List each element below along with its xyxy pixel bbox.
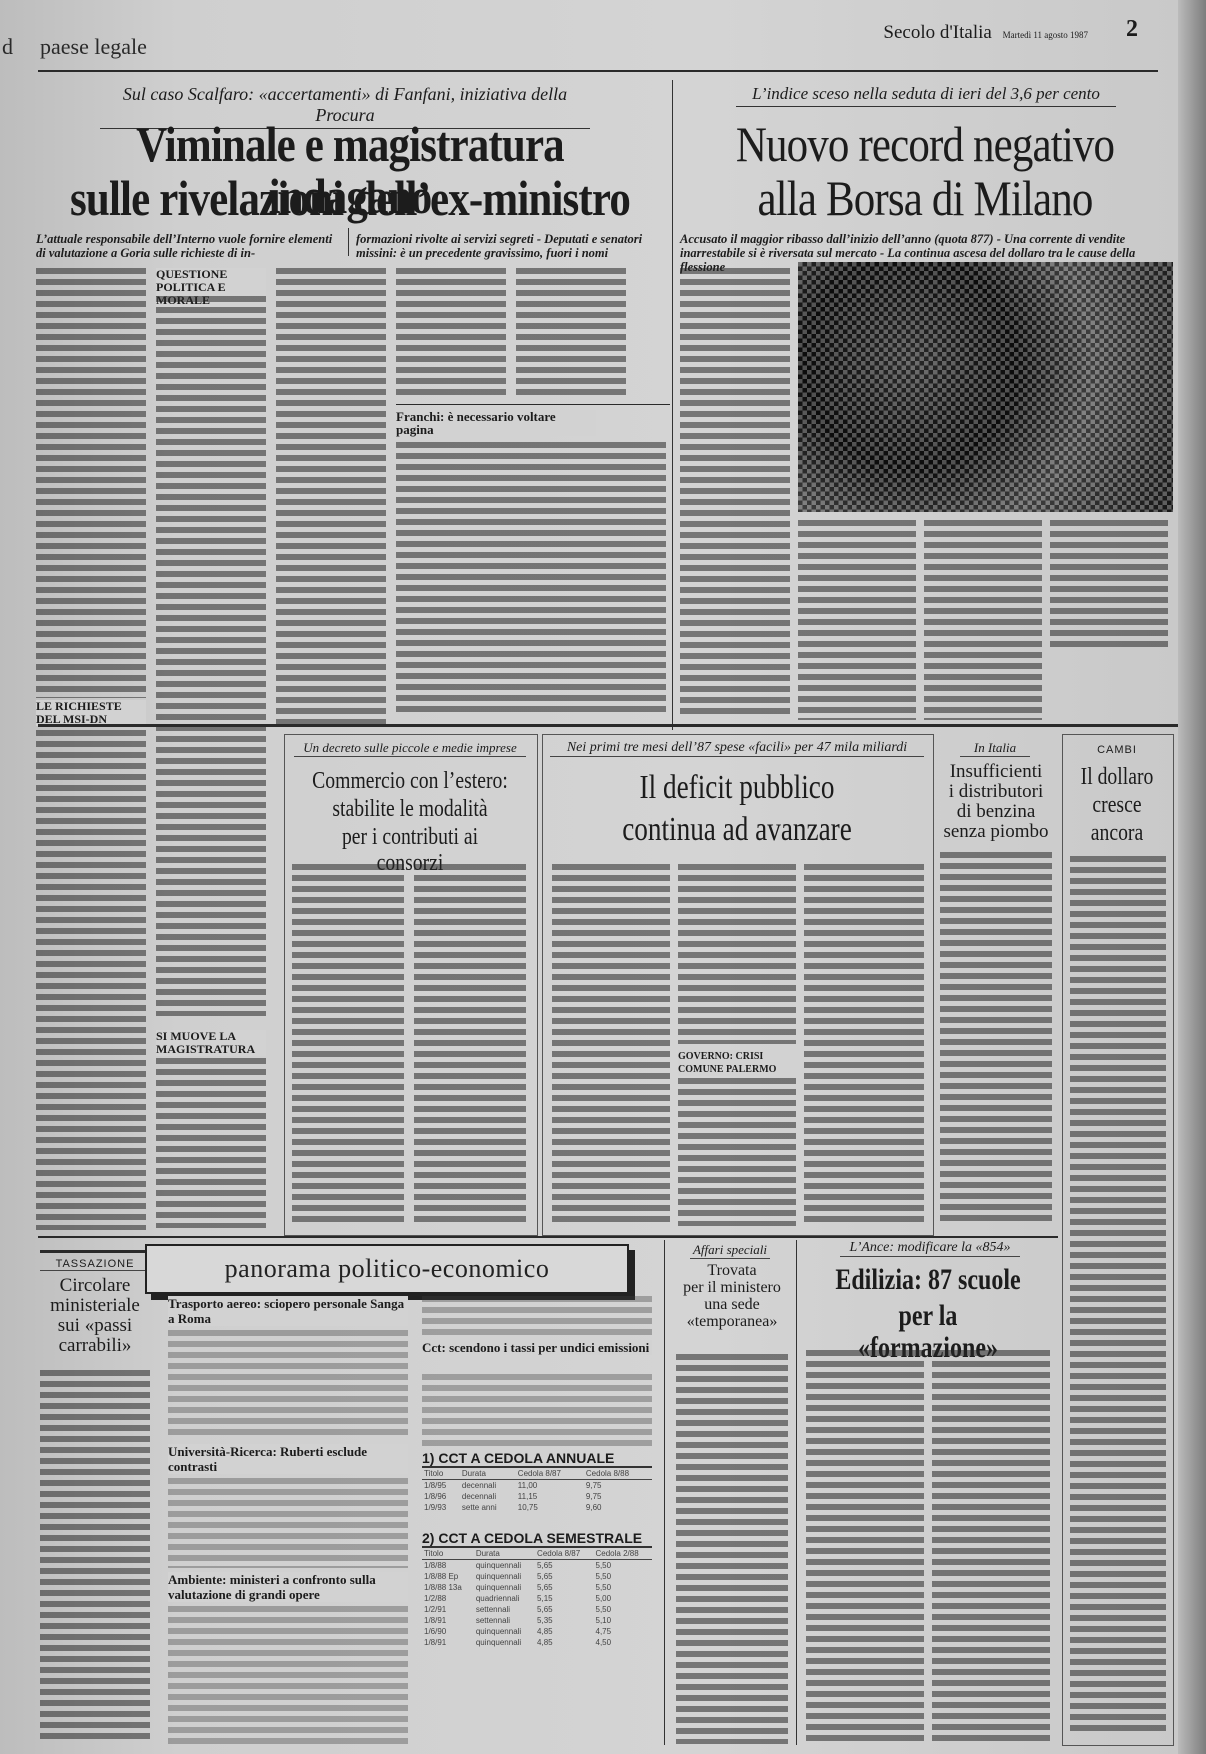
- panorama-item-title: Ambiente: ministeri a confronto sulla va…: [168, 1572, 408, 1602]
- table-row: 1/8/88 Epquinquennali5,655,50: [422, 1571, 652, 1582]
- table-cell: 5,00: [594, 1593, 653, 1604]
- table-cell: 5,50: [594, 1560, 653, 1572]
- viminale-body-col-3: [276, 268, 386, 728]
- benzina-headline-2: i distributori: [936, 782, 1056, 802]
- table-cell: 5,65: [535, 1604, 593, 1615]
- panorama-col2-body: [422, 1374, 652, 1446]
- borsa-headline-1: Nuovo record negativo: [714, 118, 1135, 170]
- table-cell: 4,85: [535, 1637, 593, 1648]
- commercio-headline-1: Commercio con l’estero:: [310, 768, 510, 794]
- tassazione-body: [40, 1370, 150, 1740]
- table-cell: quinquennali: [474, 1560, 535, 1572]
- table-cell: 5,15: [535, 1593, 593, 1604]
- cambi-headline-3: ancora: [1074, 820, 1161, 846]
- cct-annuale-table: 1) CCT A CEDOLA ANNUALE Titolo Durata Ce…: [422, 1450, 652, 1513]
- table-cell: 5,10: [594, 1615, 653, 1626]
- deficit-headline-1: Il deficit pubblico: [584, 770, 890, 806]
- viminale-subhead-msi: LE RICHIESTE DEL MSI-DN: [36, 700, 146, 726]
- col-header: Titolo: [422, 1548, 474, 1560]
- affari-body: [676, 1354, 788, 1744]
- table-cell: quinquennali: [474, 1571, 535, 1582]
- panorama-item-body: [168, 1606, 408, 1746]
- masthead: Secolo d'Italia Martedì 11 agosto 1987: [883, 22, 1088, 44]
- table-row: 1/8/96decennali11,159,75: [422, 1491, 652, 1502]
- table-cell: 9,75: [584, 1491, 652, 1502]
- viminale-body-col-2: [156, 296, 266, 1016]
- table-cell: 5,65: [535, 1582, 593, 1593]
- deficit-headline-2: continua ad avanzare: [584, 812, 890, 848]
- table-cell: 5,50: [594, 1604, 653, 1615]
- table-row: 1/2/91settennali5,655,50: [422, 1604, 652, 1615]
- tassazione-headline-3: sui «passi: [40, 1316, 150, 1336]
- adjacent-page-letter: d: [2, 34, 13, 60]
- col-header: Durata: [460, 1468, 516, 1480]
- panorama-item-title: Università-Ricerca: Ruberti esclude cont…: [168, 1444, 408, 1474]
- viminale-headline-2: sulle rivelazioni dell’ex-ministro: [66, 172, 634, 224]
- panorama-item-body: [168, 1330, 408, 1440]
- affari-headline-4: «temporanea»: [672, 1313, 792, 1330]
- table-cell: 4,50: [594, 1637, 653, 1648]
- table-cell: settennali: [474, 1604, 535, 1615]
- table-cell: 1/8/88: [422, 1560, 474, 1572]
- table-cell: 5,50: [594, 1582, 653, 1593]
- issue-date: Martedì 11 agosto 1987: [1003, 30, 1088, 40]
- table-cell: sette anni: [460, 1502, 516, 1513]
- cct-annuale-title: 1) CCT A CEDOLA ANNUALE: [422, 1450, 652, 1468]
- edilizia-body-col-2: [932, 1350, 1050, 1744]
- deficit-body-col-2a: [678, 864, 796, 1044]
- newspaper-page: d paese legale Secolo d'Italia Martedì 1…: [0, 0, 1178, 1754]
- table-cell: 9,60: [584, 1502, 652, 1513]
- borsa-trading-floor-photo: [798, 262, 1173, 512]
- table-cell: 1/8/88 Ep: [422, 1571, 474, 1582]
- benzina-headline-3: di benzina: [936, 802, 1056, 822]
- viminale-subhead-magistratura: SI MUOVE LA MAGISTRATURA: [156, 1030, 266, 1056]
- table-row: 1/8/91settennali5,355,10: [422, 1615, 652, 1626]
- column-divider: [672, 80, 673, 730]
- tassazione-headline-1: Circolare: [40, 1276, 150, 1296]
- header-rule: [38, 70, 1158, 72]
- panorama-col2-body-top: [422, 1296, 652, 1336]
- cambi-body: [1070, 856, 1166, 1736]
- tassazione-headline-4: carrabili»: [40, 1336, 150, 1356]
- tassazione-headline-2: ministeriale: [40, 1296, 150, 1316]
- deficit-kicker: Nei primi tre mesi dell’87 spese «facili…: [550, 740, 924, 757]
- franchi-body: [396, 442, 666, 712]
- deficit-body-col-1: [552, 864, 670, 1226]
- column-divider: [664, 1240, 665, 1745]
- deficit-body-col-2b: [678, 1078, 796, 1226]
- table-cell: decennali: [460, 1480, 516, 1492]
- col-header: Cedola 8/87: [535, 1548, 593, 1560]
- table-cell: 1/9/93: [422, 1502, 460, 1513]
- viminale-body-col-5: [516, 268, 626, 398]
- table-cell: quadriennali: [474, 1593, 535, 1604]
- table-cell: 1/8/91: [422, 1615, 474, 1626]
- page-number: 2: [1126, 16, 1138, 43]
- deficit-subhead: GOVERNO: CRISI COMUNE PALERMO: [678, 1050, 796, 1076]
- benzina-headline-1: Insufficienti: [936, 762, 1056, 782]
- table-cell: decennali: [460, 1491, 516, 1502]
- borsa-kicker: L’indice sceso nella seduta di ieri del …: [736, 84, 1116, 107]
- benzina-kicker: In Italia: [960, 740, 1030, 757]
- table-row: 1/9/93sette anni10,759,60: [422, 1502, 652, 1513]
- table-cell: 1/8/95: [422, 1480, 460, 1492]
- col-header: Cedola 8/88: [584, 1468, 652, 1480]
- table-cell: 1/8/91: [422, 1637, 474, 1648]
- edilizia-body-col-1: [806, 1350, 924, 1744]
- commercio-body-col-2: [414, 864, 526, 1226]
- benzina-body: [940, 852, 1052, 1222]
- table-cell: 1/8/96: [422, 1491, 460, 1502]
- panorama-item-body: [168, 1478, 408, 1568]
- section-name: paese legale: [40, 34, 147, 60]
- commercio-kicker: Un decreto sulle piccole e medie imprese: [294, 740, 526, 757]
- col-header: Cedola 2/88: [594, 1548, 653, 1560]
- viminale-body-col-2b: [156, 1058, 266, 1228]
- tassazione-label: TASSAZIONE: [40, 1258, 150, 1271]
- table-row: 1/2/88quadriennali5,155,00: [422, 1593, 652, 1604]
- table-cell: 9,75: [584, 1480, 652, 1492]
- col-header: Titolo: [422, 1468, 460, 1480]
- table-cell: 11,00: [516, 1480, 584, 1492]
- table-cell: 1/2/88: [422, 1593, 474, 1604]
- table-cell: 5,65: [535, 1560, 593, 1572]
- table-cell: quinquennali: [474, 1582, 535, 1593]
- cct-semestrale-title: 2) CCT A CEDOLA SEMESTRALE: [422, 1530, 652, 1548]
- commercio-body-col-1: [292, 864, 404, 1226]
- borsa-body-col-1: [680, 268, 790, 718]
- table-row: 1/8/88 13aquinquennali5,655,50: [422, 1582, 652, 1593]
- cct-annuale-grid: Titolo Durata Cedola 8/87 Cedola 8/88 1/…: [422, 1468, 652, 1513]
- col-header: Cedola 8/87: [516, 1468, 584, 1480]
- borsa-body-col-2: [798, 520, 916, 720]
- panorama-item-title: Trasporto aereo: sciopero personale Sang…: [168, 1296, 408, 1326]
- lower-section-rule: [38, 1236, 1058, 1238]
- table-cell: 10,75: [516, 1502, 584, 1513]
- table-cell: 11,15: [516, 1491, 584, 1502]
- newspaper-name: Secolo d'Italia: [883, 22, 991, 43]
- viminale-deck-right: formazioni rivolte ai servizi segreti - …: [356, 232, 666, 260]
- table-row: 1/6/90quinquennali4,854,75: [422, 1626, 652, 1637]
- table-cell: 5,35: [535, 1615, 593, 1626]
- cct-semestrale-table: 2) CCT A CEDOLA SEMESTRALE Titolo Durata…: [422, 1530, 652, 1648]
- edilizia-headline-1: Edilizia: 87 scuole: [826, 1264, 1031, 1296]
- panorama-item-title: Cct: scendono i tassi per undici emissio…: [422, 1340, 652, 1355]
- affari-headline-2: per il ministero: [672, 1279, 792, 1296]
- borsa-headline-2: alla Borsa di Milano: [714, 172, 1135, 224]
- table-row: 1/8/88quinquennali5,655,50: [422, 1560, 652, 1572]
- commercio-headline-2: stabilite le modalità: [310, 796, 510, 822]
- borsa-body-col-4: [1050, 520, 1168, 650]
- cambi-headline-2: cresce: [1074, 792, 1161, 818]
- viminale-deck-left: L’attuale responsabile dell’Interno vuol…: [36, 232, 336, 260]
- table-cell: 1/8/88 13a: [422, 1582, 474, 1593]
- deficit-body-col-3: [804, 864, 924, 1226]
- table-cell: quinquennali: [474, 1626, 535, 1637]
- cct-semestrale-grid: Titolo Durata Cedola 8/87 Cedola 2/88 1/…: [422, 1548, 652, 1648]
- borsa-body-col-3: [924, 520, 1042, 720]
- viminale-body-col-1: [36, 268, 146, 698]
- tassazione-rule: [40, 1250, 150, 1253]
- viminale-body-col-1b: [36, 730, 146, 1230]
- table-cell: 5,65: [535, 1571, 593, 1582]
- table-row: 1/8/95decennali11,009,75: [422, 1480, 652, 1492]
- cambi-headline-1: Il dollaro: [1074, 764, 1161, 790]
- affari-kicker: Affari speciali: [690, 1242, 770, 1259]
- panorama-banner: panorama politico-economico: [145, 1244, 629, 1294]
- table-cell: 4,75: [594, 1626, 653, 1637]
- affari-headline-1: Trovata: [672, 1262, 792, 1279]
- col-header: Durata: [474, 1548, 535, 1560]
- deck-divider: [348, 228, 349, 256]
- table-cell: 1/2/91: [422, 1604, 474, 1615]
- page-binding-edge: [1178, 0, 1206, 1754]
- column-divider: [796, 1240, 797, 1745]
- table-cell: quinquennali: [474, 1637, 535, 1648]
- table-cell: 1/6/90: [422, 1626, 474, 1637]
- table-cell: 5,50: [594, 1571, 653, 1582]
- affari-headline-3: una sede: [672, 1296, 792, 1313]
- section-rule: [38, 724, 1178, 727]
- table-cell: settennali: [474, 1615, 535, 1626]
- franchi-headline: Franchi: è necessario voltare pagina: [396, 410, 596, 436]
- table-cell: 4,85: [535, 1626, 593, 1637]
- cambi-label: CAMBI: [1064, 744, 1170, 756]
- table-row: 1/8/91quinquennali4,854,50: [422, 1637, 652, 1648]
- benzina-headline-4: senza piombo: [936, 822, 1056, 842]
- viminale-body-col-4: [396, 268, 506, 398]
- edilizia-kicker: L’Ance: modificare la «854»: [840, 1240, 1020, 1257]
- franchi-rule: [396, 404, 670, 405]
